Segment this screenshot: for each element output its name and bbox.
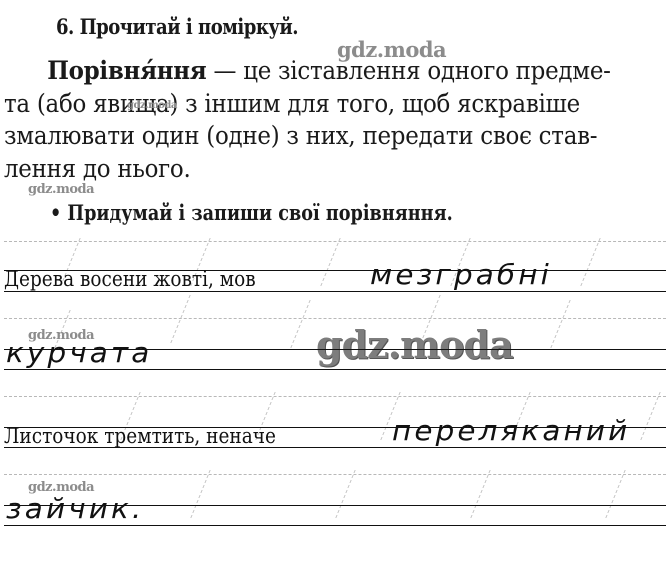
- dashed-guide-line: [4, 318, 666, 319]
- handwritten-answer[interactable]: курчата: [6, 336, 152, 369]
- dashed-guide-line: [4, 396, 666, 397]
- exercise-title: Прочитай і поміркуй.: [80, 14, 298, 39]
- definition-line: лення до нього.: [4, 153, 602, 186]
- writing-line-bottom: [4, 291, 666, 292]
- dashed-guide-line: [4, 474, 666, 475]
- writing-line-bottom: [4, 369, 666, 370]
- definition-paragraph: Порівня́ння — це зіставлення одного пред…: [4, 55, 668, 185]
- exercise-heading: 6. Прочитай і поміркуй.: [56, 14, 298, 39]
- bullet-icon: •: [50, 200, 61, 225]
- task-instruction: • Придумай і запиши свої порівняння.: [50, 200, 453, 225]
- watermark-large: gdz.moda: [316, 322, 513, 367]
- watermark: gdz.moda: [127, 100, 177, 111]
- handwritten-answer[interactable]: мезграбні: [370, 258, 552, 291]
- printed-phrase: Дерева восени жовті, мов: [4, 267, 256, 291]
- handwritten-answer[interactable]: зайчик.: [6, 492, 144, 525]
- printed-phrase: Листочок тремтить, неначе: [4, 424, 276, 448]
- dashed-guide-line: [4, 241, 666, 242]
- exercise-number: 6.: [56, 14, 74, 39]
- definition-line: змалювати один (одне) з них, передати св…: [4, 120, 602, 153]
- definition-line: — це зіставлення одного предме-: [207, 56, 611, 86]
- definition-line: та (або явища) з іншим для того, щоб яск…: [4, 88, 602, 121]
- watermark: gdz.moda: [28, 182, 94, 197]
- writing-line-bottom: [4, 525, 666, 526]
- task-text: Придумай і запиши свої порівняння.: [67, 200, 452, 225]
- handwritten-answer[interactable]: переляканий: [392, 414, 630, 447]
- definition-term: Порівня́ння: [47, 56, 206, 86]
